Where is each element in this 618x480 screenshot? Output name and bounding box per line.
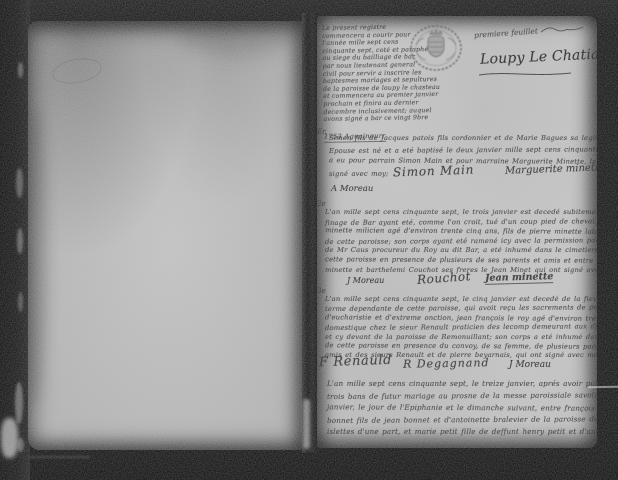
left-blank-page	[28, 21, 304, 450]
spine-fleck	[17, 438, 24, 452]
spine-fleck	[15, 382, 23, 424]
manuscript-line: avons signé a bar ce vingt 9bre	[324, 114, 432, 123]
page-corner-highlight	[1, 418, 18, 458]
folio-note: premiere feuillet	[474, 23, 584, 41]
signature-jean-minette: Jean minette	[485, 271, 554, 285]
burial-record-pierre-minette: L'an mille sept cens cinquante sept, le …	[325, 208, 593, 275]
page-stain	[178, 21, 298, 57]
spine-fleck	[18, 292, 23, 312]
manuscript-line: L'an mille sept cens cinquante sept, le …	[327, 378, 595, 390]
signature-f-renauld: F Renauld	[319, 353, 392, 371]
spine-fleck	[17, 228, 23, 254]
scanned-register-photo: Le present registrecommencera a courir p…	[0, 0, 618, 480]
light-streak	[30, 456, 90, 458]
gutter-page-edges	[303, 399, 310, 449]
signature-degagnand: R Degagnand	[403, 356, 490, 371]
record-margin-mark: 2e	[317, 200, 326, 208]
signature-simon-main: Simon Main	[393, 163, 475, 180]
book-spine	[0, 0, 30, 480]
record-margin-mark: 3e	[317, 287, 326, 295]
armorial-tax-stamp-icon	[408, 23, 464, 73]
title-flourish-icon	[477, 70, 573, 78]
page-stain	[28, 105, 48, 405]
signature-j-moreau: J Moreau	[347, 276, 384, 285]
record-margin-mark: Er.	[317, 128, 327, 136]
burial-record-leroy: L'an mille sept cens cinquante sept, le …	[325, 295, 593, 361]
spine-fleck	[16, 168, 23, 198]
spine-fleck	[18, 62, 23, 78]
pen-flourish-icon	[539, 23, 584, 36]
faint-ring-mark	[50, 55, 103, 87]
manuscript-line: islettes d'une part, et marie petit fill…	[327, 426, 595, 438]
signature-j-moreau: J Moreau	[509, 360, 551, 370]
folio-note-text: premiere feuillet	[474, 26, 538, 39]
manuscript-line: bonnet fils de jean bonnet et d'antoinet…	[327, 413, 595, 427]
manuscript-line: L'an mille sept cens cinquante sept, le …	[325, 208, 593, 218]
right-manuscript-page: Le present registrecommencera a courir p…	[317, 16, 597, 448]
scratch-artifact	[588, 386, 618, 388]
book-gutter	[302, 13, 318, 453]
marriage-banns-record: L'an mille sept cens cinquante sept, le …	[327, 378, 595, 438]
place-title: Loupy Le Chatiau	[480, 46, 597, 68]
manuscript-line: Simon fils de Jacques patois fils cordon…	[329, 133, 597, 145]
signature-rouchot: Rouchot	[417, 269, 472, 287]
signature-cure-moreau: A Moreau	[331, 184, 373, 194]
